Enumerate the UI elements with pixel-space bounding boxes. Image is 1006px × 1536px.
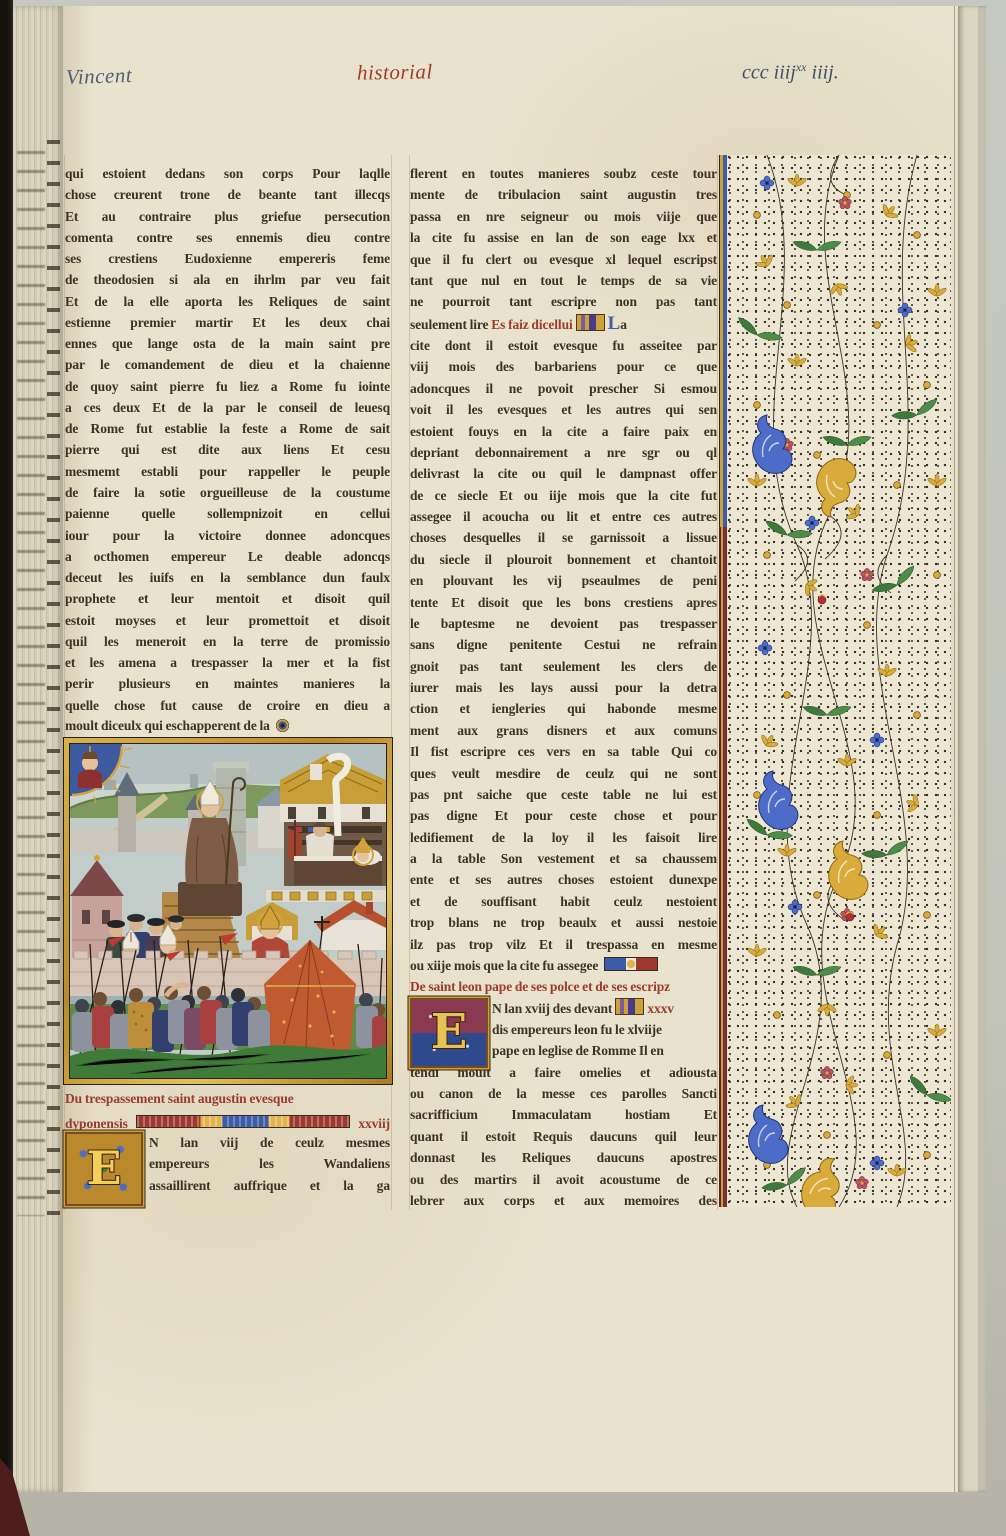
gold-cartouche-ornament — [615, 998, 644, 1015]
gold-cartouche-ornament — [576, 314, 605, 331]
miniature-frame — [63, 737, 393, 1085]
initial-paragraph-text: N lan viij de ceulz mesmes empereurs les… — [149, 1132, 390, 1196]
initial-letter: E — [86, 1158, 121, 1179]
running-header-author: Vincent — [66, 63, 133, 90]
line-filler-bar — [136, 1115, 351, 1128]
facing-page-text-blur — [17, 146, 45, 1216]
pen-flourished-initial-L: L — [608, 313, 621, 334]
leaf-edge-line — [954, 6, 955, 1492]
initial-paragraph-2: E N lan xviij des devantxxxv dis empereu… — [410, 998, 717, 1062]
running-header-title: historial — [357, 59, 433, 85]
pen-vines — [767, 155, 917, 1207]
initial-paragraph-1: E N lan viij de ceulz mesmes empereurs l… — [65, 1132, 390, 1212]
text-column-2: flerent en toutes manieres soubz ceste t… — [410, 163, 717, 1211]
initial-line-2: dis empereurs leon fu le xlviije — [492, 1019, 717, 1040]
text-column-1-line27: moult diceulx qui eschapperent de la — [65, 715, 390, 736]
line-text: seulement lire — [410, 317, 491, 332]
line-text: ou xiije mois que la cite fu assegee — [410, 958, 598, 973]
page-stack-edge — [13, 6, 63, 1492]
column2-line38: ou xiije mois que la cite fu assegee — [410, 955, 717, 976]
text-column-1-body: qui estoient dedans son corps Pour laqll… — [65, 163, 390, 716]
initial-letter: E — [431, 1022, 468, 1043]
line-text: a — [620, 317, 627, 332]
column2-block-c: tendi moult a faire omelies et adiousta … — [410, 1062, 717, 1212]
pulpit — [178, 882, 242, 916]
facing-page-text-blur-2 — [47, 136, 60, 1226]
chapter-rubric-leon: De saint leon pape de ses polce et de se… — [410, 976, 717, 997]
deathbed-chamber — [280, 754, 386, 886]
illuminated-initial-E-2: E — [410, 998, 488, 1068]
chapter-number: xxxv — [647, 1001, 674, 1016]
floral-border-decoration — [727, 155, 951, 1207]
column2-block-a: flerent en toutes manieres soubz ceste t… — [410, 163, 717, 313]
initial-line-3: pape en leglise de Romme Il en — [492, 1040, 717, 1061]
gold-ring-line-filler — [276, 719, 289, 732]
line-text: moult diceulx qui eschapperent de la — [65, 718, 270, 733]
right-leaf-edge — [958, 6, 986, 1492]
column2-block-b: cite dont il estoit evesque fu asseitee … — [410, 335, 717, 955]
chapter-rubric-line1: Du trespassement saint augustin evesque — [65, 1088, 390, 1109]
border-bar-maroon-gold — [719, 527, 727, 1207]
miniature-death-of-saint-augustine — [70, 744, 386, 1078]
ruling-line — [717, 155, 718, 1210]
book-spine — [0, 0, 13, 1536]
chapter-rubric-line2: dyponensis xxviij — [65, 1109, 390, 1134]
floral-border-band — [727, 155, 951, 1207]
line-text: N lan xviij des devant — [492, 1001, 612, 1016]
border-bar-blue-gold — [719, 155, 727, 527]
column2-line8: seulement lire Es faiz dicelluiLa — [410, 313, 717, 335]
folio-number: ccc iiijxx iiij. — [742, 60, 839, 85]
initial-line-1: N lan xviij des devantxxxv — [492, 998, 717, 1019]
folio-superscript: xx — [796, 60, 807, 74]
inline-rubric: Es faiz dicellui — [491, 317, 572, 332]
illuminated-initial-E: E — [65, 1132, 143, 1206]
manuscript-photo: Vincent historial ccc iiijxx iiij. qui e… — [0, 0, 1006, 1536]
folio-main: ccc iiij — [742, 62, 796, 84]
folio-end: iiij. — [807, 62, 839, 84]
line-filler-ornament — [604, 957, 658, 971]
